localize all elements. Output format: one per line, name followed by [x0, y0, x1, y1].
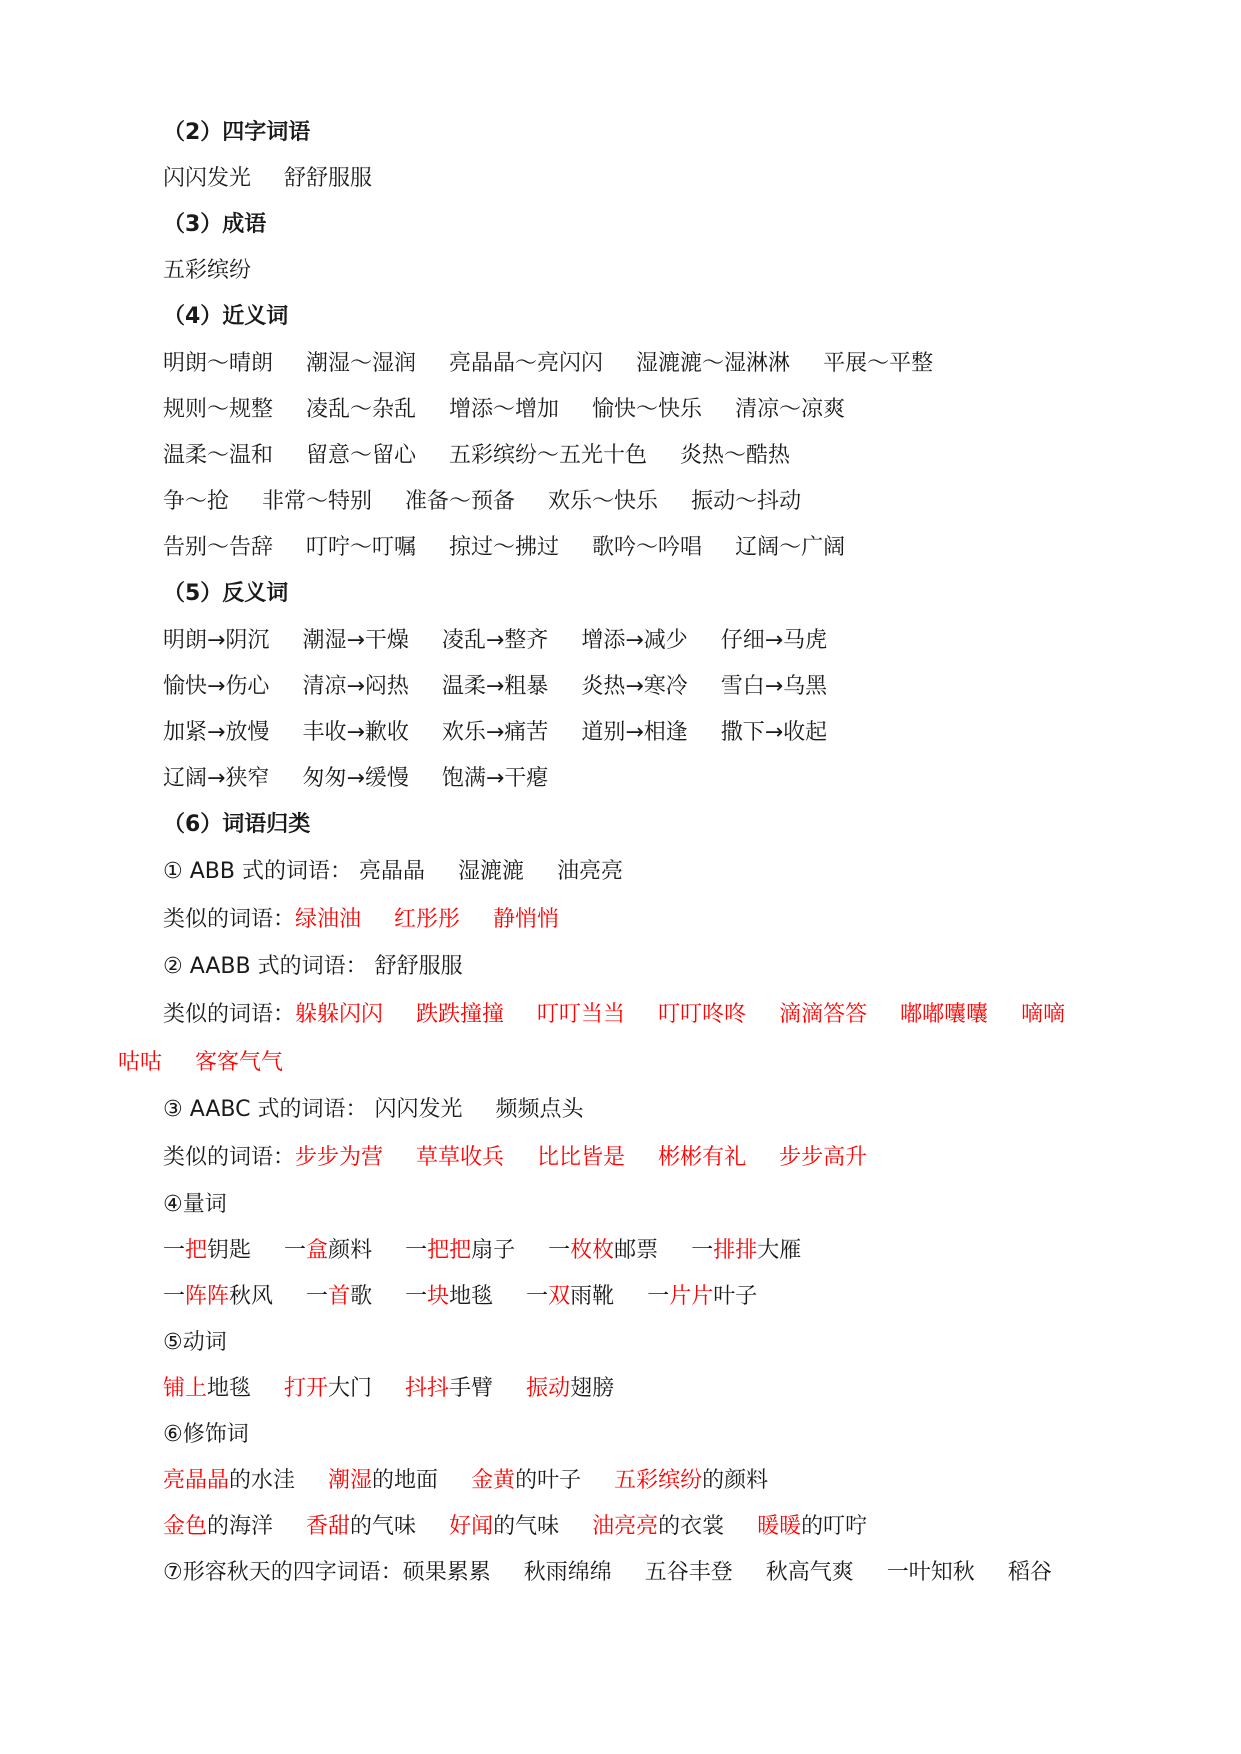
antonym-pair: 饱满→干瘪 [442, 766, 548, 791]
word: 闪闪发光 [375, 1097, 463, 1122]
heading-synonyms: （4）近义词 [163, 302, 288, 332]
numeral: 一 [526, 1284, 548, 1309]
antonym-pair: 炎热→寒冷 [581, 674, 687, 699]
aabb-words-line: ② AABB 式的词语： 舒舒服服 [163, 952, 463, 982]
document-page: （2）四字词语 闪闪发光 舒舒服服 （3）成语 五彩缤纷 （4）近义词 明朗～晴… [0, 0, 1241, 1754]
word: 闪闪发光 [163, 166, 251, 191]
antonym-pair: 清凉→闷热 [302, 674, 408, 699]
modifier: 金黄 [471, 1468, 515, 1493]
word: 亮晶晶 [359, 859, 425, 884]
measure-word: 把把 [427, 1238, 471, 1263]
synonym-pair: 叮咛～叮嘱 [306, 535, 416, 560]
antonym-pair: 加紧→放慢 [163, 720, 269, 745]
antonym-pair: 道别→相逢 [581, 720, 687, 745]
heading-classification: （6）词语归类 [163, 810, 310, 840]
synonyms-row: 温柔～温和 留意～留心 五彩缤纷～五光十色 炎热～酷热 [163, 441, 790, 471]
similar-label: 类似的词语： [163, 907, 295, 932]
heading-antonyms: （5）反义词 [163, 579, 288, 609]
synonym-pair: 五彩缤纷～五光十色 [449, 443, 647, 468]
synonym-pair: 明朗～晴朗 [163, 351, 273, 376]
similar-word: 客客气气 [195, 1050, 283, 1075]
numeral: 一 [647, 1284, 669, 1309]
measure-word: 盒 [306, 1238, 328, 1263]
synonym-pair: 非常～特别 [262, 489, 372, 514]
idioms-line: 五彩缤纷 [163, 256, 251, 286]
aabc-label: ③ AABC 式的词语： [163, 1097, 368, 1122]
word: 油亮亮 [557, 859, 623, 884]
numeral: 一 [405, 1238, 427, 1263]
synonym-pair: 增添～增加 [449, 397, 559, 422]
word: 秋高气爽 [766, 1560, 854, 1585]
word: 湿漉漉 [458, 859, 524, 884]
antonym-pair: 潮湿→干燥 [302, 628, 408, 653]
verbs-label: ⑤动词 [163, 1328, 227, 1358]
synonyms-row: 告别～告辞 叮咛～叮嘱 掠过～拂过 歌吟～吟唱 辽阔～广阔 [163, 533, 845, 563]
measure-word: 双 [548, 1284, 570, 1309]
aabb-similar-wrap-line: 咕咕 客客气气 [118, 1048, 283, 1078]
antonym-pair: 撒下→收起 [721, 720, 827, 745]
antonym-pair: 凌乱→整齐 [442, 628, 548, 653]
measure-word: 枚枚 [570, 1238, 614, 1263]
modified-noun: 的颜料 [702, 1468, 768, 1493]
modified-noun: 的水洼 [229, 1468, 295, 1493]
noun: 颜料 [328, 1238, 372, 1263]
similar-word: 红彤彤 [394, 907, 460, 932]
word: 稻谷 [1008, 1560, 1052, 1585]
similar-word: 比比皆是 [537, 1145, 625, 1170]
modified-noun: 的气味 [493, 1514, 559, 1539]
similar-word: 步步为营 [295, 1145, 383, 1170]
modifier: 香甜 [306, 1514, 350, 1539]
similar-word: 彬彬有礼 [658, 1145, 746, 1170]
antonym-pair: 丰收→歉收 [302, 720, 408, 745]
antonyms-row: 加紧→放慢 丰收→歉收 欢乐→痛苦 道别→相逢 撒下→收起 [163, 718, 827, 748]
modifiers-row: 亮晶晶的水洼 潮湿的地面 金黄的叶子 五彩缤纷的颜料 [163, 1466, 768, 1496]
similar-word: 叮叮咚咚 [658, 1002, 746, 1027]
modifier: 潮湿 [328, 1468, 372, 1493]
word: 舒舒服服 [284, 166, 372, 191]
noun: 叶子 [713, 1284, 757, 1309]
word: 五彩缤纷 [163, 258, 251, 283]
object: 大门 [328, 1376, 372, 1401]
similar-word: 咕咕 [118, 1050, 162, 1075]
synonym-pair: 歌吟～吟唱 [592, 535, 702, 560]
noun: 大雁 [757, 1238, 801, 1263]
measure-word: 首 [328, 1284, 350, 1309]
modifier: 好闻 [449, 1514, 493, 1539]
similar-word: 草草收兵 [416, 1145, 504, 1170]
aabb-similar-line: 类似的词语：躲躲闪闪 跌跌撞撞 叮叮当当 叮叮咚咚 滴滴答答 嘟嘟囔囔 嘀嘀 [163, 1000, 1065, 1030]
similar-word: 嘟嘟囔囔 [900, 1002, 988, 1027]
similar-word: 嘀嘀 [1021, 1002, 1065, 1027]
antonym-pair: 温柔→粗暴 [442, 674, 548, 699]
autumn-words-line: ⑦形容秋天的四字词语：硕果累累 秋雨绵绵 五谷丰登 秋高气爽 一叶知秋 稻谷 [163, 1558, 1052, 1588]
modified-noun: 的气味 [350, 1514, 416, 1539]
measure-word: 块 [427, 1284, 449, 1309]
antonym-pair: 雪白→乌黑 [721, 674, 827, 699]
numeral: 一 [548, 1238, 570, 1263]
similar-word: 滴滴答答 [779, 1002, 867, 1027]
numeral: 一 [163, 1284, 185, 1309]
synonym-pair: 掠过～拂过 [449, 535, 559, 560]
synonyms-row: 争～抢 非常～特别 准备～预备 欢乐～快乐 振动～抖动 [163, 487, 801, 517]
aabc-similar-line: 类似的词语：步步为营 草草收兵 比比皆是 彬彬有礼 步步高升 [163, 1143, 867, 1173]
synonym-pair: 准备～预备 [405, 489, 515, 514]
similar-word: 叮叮当当 [537, 1002, 625, 1027]
verb: 打开 [284, 1376, 328, 1401]
synonym-pair: 凌乱～杂乱 [306, 397, 416, 422]
antonym-pair: 欢乐→痛苦 [442, 720, 548, 745]
word: 硕果累累 [403, 1560, 491, 1585]
noun: 扇子 [471, 1238, 515, 1263]
numeral: 一 [691, 1238, 713, 1263]
similar-label: 类似的词语： [163, 1145, 295, 1170]
synonym-pair: 亮晶晶～亮闪闪 [449, 351, 603, 376]
noun: 钥匙 [207, 1238, 251, 1263]
modified-noun: 的叶子 [515, 1468, 581, 1493]
numeral: 一 [405, 1284, 427, 1309]
antonym-pair: 仔细→马虎 [721, 628, 827, 653]
modified-noun: 的叮咛 [801, 1514, 867, 1539]
heading-four-char-words: （2）四字词语 [163, 118, 310, 148]
object: 翅膀 [570, 1376, 614, 1401]
similar-word: 步步高升 [779, 1145, 867, 1170]
modifier: 五彩缤纷 [614, 1468, 702, 1493]
word: 频频点头 [496, 1097, 584, 1122]
synonym-pair: 留意～留心 [306, 443, 416, 468]
synonym-pair: 平展～平整 [823, 351, 933, 376]
antonym-pair: 匆匆→缓慢 [302, 766, 408, 791]
similar-word: 躲躲闪闪 [295, 1002, 383, 1027]
measure-words-label: ④量词 [163, 1190, 227, 1220]
aabb-label: ② AABB 式的词语： [163, 954, 368, 979]
verb: 抖抖 [405, 1376, 449, 1401]
antonym-pair: 明朗→阴沉 [163, 628, 269, 653]
measure-word: 把 [185, 1238, 207, 1263]
measure-word: 排排 [713, 1238, 757, 1263]
word: 五谷丰登 [645, 1560, 733, 1585]
antonyms-row: 辽阔→狭窄 匆匆→缓慢 饱满→干瘪 [163, 764, 548, 794]
antonyms-row: 愉快→伤心 清凉→闷热 温柔→粗暴 炎热→寒冷 雪白→乌黑 [163, 672, 827, 702]
numeral: 一 [306, 1284, 328, 1309]
synonym-pair: 炎热～酷热 [680, 443, 790, 468]
modified-noun: 的海洋 [207, 1514, 273, 1539]
measure-word: 阵阵 [185, 1284, 229, 1309]
object: 手臂 [449, 1376, 493, 1401]
modifier: 油亮亮 [592, 1514, 658, 1539]
modifier: 暖暖 [757, 1514, 801, 1539]
similar-word: 静悄悄 [493, 907, 559, 932]
synonym-pair: 湿漉漉～湿淋淋 [636, 351, 790, 376]
similar-word: 绿油油 [295, 907, 361, 932]
word: 一叶知秋 [887, 1560, 975, 1585]
synonym-pair: 愉快～快乐 [592, 397, 702, 422]
word: 秋雨绵绵 [524, 1560, 612, 1585]
antonym-pair: 辽阔→狭窄 [163, 766, 269, 791]
synonym-pair: 辽阔～广阔 [735, 535, 845, 560]
modified-noun: 的衣裳 [658, 1514, 724, 1539]
synonyms-row: 规则～规整 凌乱～杂乱 增添～增加 愉快～快乐 清凉～凉爽 [163, 395, 845, 425]
antonym-pair: 增添→减少 [581, 628, 687, 653]
measure-word: 片片 [669, 1284, 713, 1309]
noun: 秋风 [229, 1284, 273, 1309]
abb-words-line: ① ABB 式的词语： 亮晶晶 湿漉漉 油亮亮 [163, 857, 623, 887]
synonym-pair: 欢乐～快乐 [548, 489, 658, 514]
noun: 邮票 [614, 1238, 658, 1263]
aabc-words-line: ③ AABC 式的词语： 闪闪发光 频频点头 [163, 1095, 584, 1125]
autumn-label: ⑦形容秋天的四字词语： [163, 1560, 403, 1585]
synonym-pair: 温柔～温和 [163, 443, 273, 468]
modified-noun: 的地面 [372, 1468, 438, 1493]
antonym-pair: 愉快→伤心 [163, 674, 269, 699]
synonym-pair: 告别～告辞 [163, 535, 273, 560]
numeral: 一 [284, 1238, 306, 1263]
synonym-pair: 振动～抖动 [691, 489, 801, 514]
modifiers-label: ⑥修饰词 [163, 1420, 249, 1450]
numeral: 一 [163, 1238, 185, 1263]
verb: 铺上 [163, 1376, 207, 1401]
verbs-row: 铺上地毯 打开大门 抖抖手臂 振动翅膀 [163, 1374, 614, 1404]
abb-similar-line: 类似的词语：绿油油 红彤彤 静悄悄 [163, 905, 559, 935]
verb: 振动 [526, 1376, 570, 1401]
synonyms-row: 明朗～晴朗 潮湿～湿润 亮晶晶～亮闪闪 湿漉漉～湿淋淋 平展～平整 [163, 349, 933, 379]
synonym-pair: 争～抢 [163, 489, 229, 514]
heading-idioms: （3）成语 [163, 210, 266, 240]
similar-word: 跌跌撞撞 [416, 1002, 504, 1027]
synonym-pair: 清凉～凉爽 [735, 397, 845, 422]
noun: 雨靴 [570, 1284, 614, 1309]
four-char-words-line: 闪闪发光 舒舒服服 [163, 164, 372, 194]
antonyms-row: 明朗→阴沉 潮湿→干燥 凌乱→整齐 增添→减少 仔细→马虎 [163, 626, 827, 656]
noun: 地毯 [449, 1284, 493, 1309]
modifier: 金色 [163, 1514, 207, 1539]
modifiers-row: 金色的海洋 香甜的气味 好闻的气味 油亮亮的衣裳 暖暖的叮咛 [163, 1512, 867, 1542]
measure-words-row: 一阵阵秋风 一首歌 一块地毯 一双雨靴 一片片叶子 [163, 1282, 757, 1312]
noun: 歌 [350, 1284, 372, 1309]
similar-label: 类似的词语： [163, 1002, 295, 1027]
object: 地毯 [207, 1376, 251, 1401]
modifier: 亮晶晶 [163, 1468, 229, 1493]
abb-label: ① ABB 式的词语： [163, 859, 352, 884]
synonym-pair: 潮湿～湿润 [306, 351, 416, 376]
word: 舒舒服服 [375, 954, 463, 979]
measure-words-row: 一把钥匙 一盒颜料 一把把扇子 一枚枚邮票 一排排大雁 [163, 1236, 801, 1266]
synonym-pair: 规则～规整 [163, 397, 273, 422]
